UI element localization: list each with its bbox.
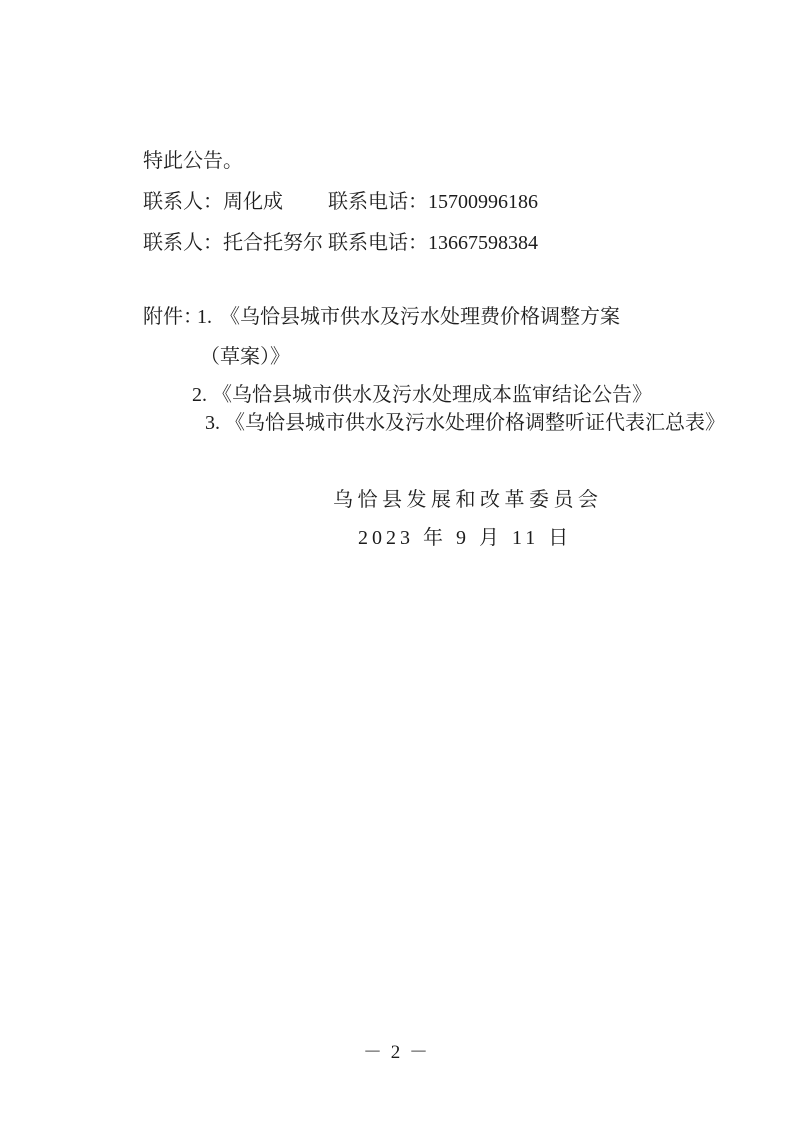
attachment-3-number: 3.: [205, 411, 220, 435]
contact-row-2: 联系人：托合托努尔 联系电话：13667598384: [0, 231, 793, 257]
attachment-2-number: 2.: [192, 383, 207, 407]
signature-issuer: 乌恰县发展和改革委员会: [333, 488, 603, 512]
contact-person-2: 联系人：托合托努尔: [143, 231, 323, 255]
attachment-row-1-continued: （草案）》: [0, 345, 793, 371]
page-number: － 2 －: [0, 1041, 793, 1067]
contact-person-1: 联系人：周化成: [143, 190, 283, 214]
attachment-1-title-continued: （草案）》: [200, 345, 290, 369]
attachment-3-title: 《乌恰县城市供水及污水处理价格调整听证代表汇总表》: [225, 411, 725, 435]
signature-issuer-line: 乌恰县发展和改革委员会: [0, 488, 793, 514]
attachment-1-number: 1.: [197, 305, 212, 329]
signature-date-line: 2023 年 9 月 11 日: [0, 526, 793, 552]
attachment-row-3: 3. 《乌恰县城市供水及污水处理价格调整听证代表汇总表》: [0, 411, 793, 437]
document-page: 特此公告。 联系人：周化成 联系电话：15700996186 联系人：托合托努尔…: [0, 0, 793, 1122]
contact-phone-2: 联系电话：13667598384: [328, 231, 538, 255]
attachment-1-title: 《乌恰县城市供水及污水处理费价格调整方案: [220, 305, 620, 329]
contact-row-1: 联系人：周化成 联系电话：15700996186: [0, 190, 793, 216]
closing-text: 特此公告。: [143, 149, 243, 173]
attachments-label: 附件：: [143, 305, 203, 329]
closing-line: 特此公告。: [0, 149, 793, 175]
signature-date: 2023 年 9 月 11 日: [358, 526, 572, 550]
attachment-row-2: 2. 《乌恰县城市供水及污水处理成本监审结论公告》: [0, 383, 793, 409]
attachment-row-1: 附件： 1. 《乌恰县城市供水及污水处理费价格调整方案: [0, 305, 793, 331]
contact-phone-1: 联系电话：15700996186: [328, 190, 538, 214]
attachment-2-title: 《乌恰县城市供水及污水处理成本监审结论公告》: [212, 383, 652, 407]
